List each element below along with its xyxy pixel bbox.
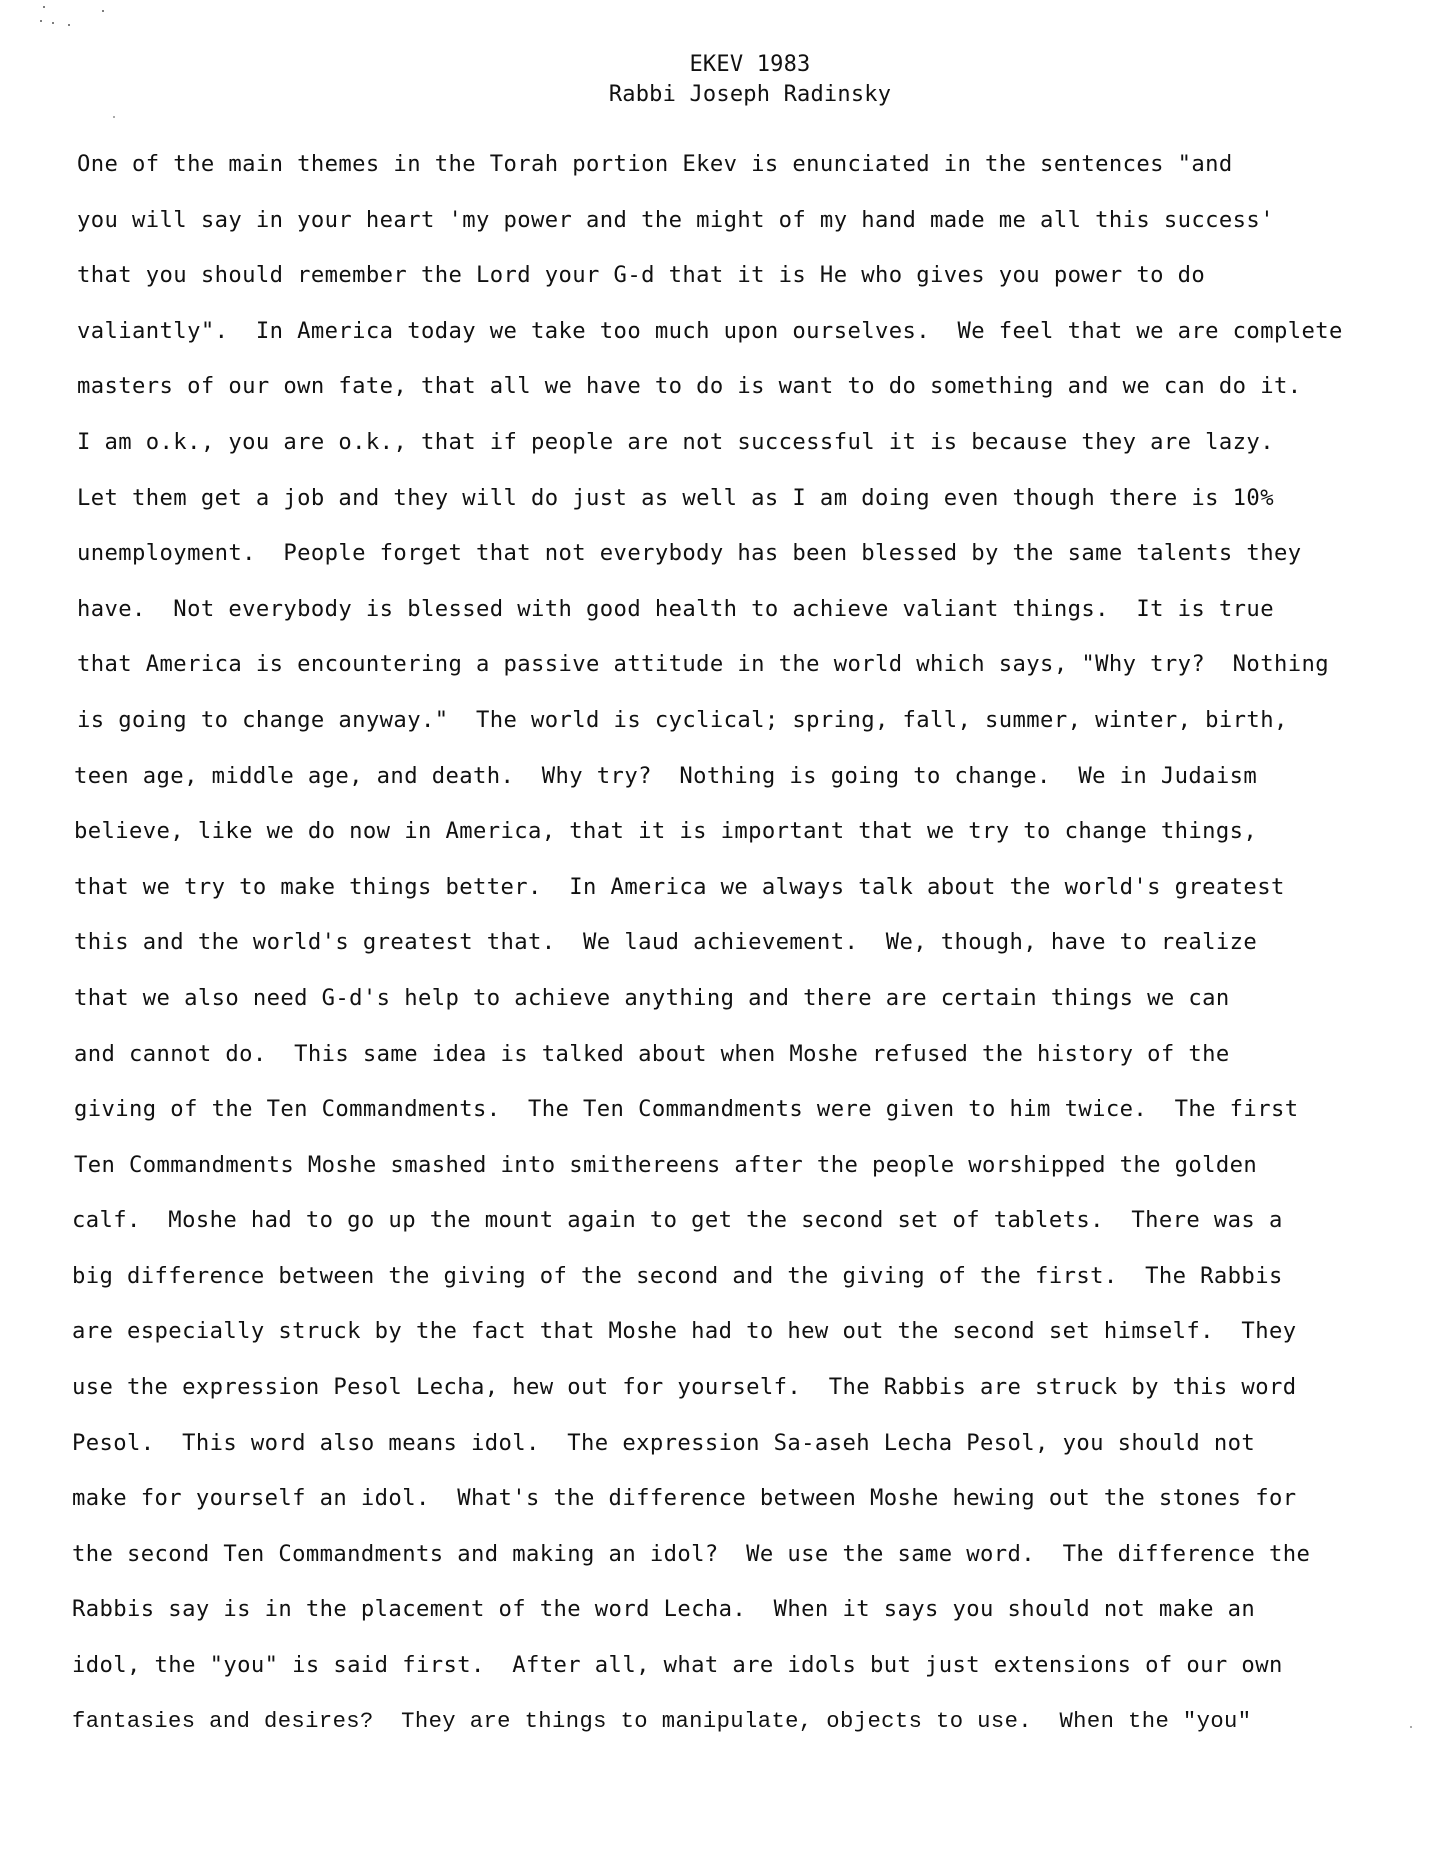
text-line: Ten Commandments Moshe smashed into smit… <box>74 1138 1397 1194</box>
text-line: is going to change anyway." The world is… <box>77 693 1397 749</box>
text-line: Pesol. This word also means idol. The ex… <box>72 1416 1397 1472</box>
scan-speck <box>113 116 115 118</box>
text-line: giving of the Ten Commandments. The Ten … <box>74 1082 1397 1138</box>
document-author: Rabbi Joseph Radinsky <box>70 80 1430 110</box>
text-line: that America is encountering a passive a… <box>77 637 1397 693</box>
text-line: I am o.k., you are o.k., that if people … <box>77 415 1397 471</box>
scan-speck <box>1410 1726 1412 1728</box>
text-line: make for yourself an idol. What's the di… <box>72 1471 1397 1527</box>
text-line: big difference between the giving of the… <box>72 1249 1397 1305</box>
text-line: that we also need G-d's help to achieve … <box>74 971 1397 1027</box>
text-line: idol, the "you" is said first. After all… <box>72 1638 1397 1694</box>
document-header: EKEV 1983 Rabbi Joseph Radinsky <box>0 50 1430 110</box>
text-line: fantasies and desires? They are things t… <box>72 1694 1397 1750</box>
document-page: EKEV 1983 Rabbi Joseph Radinsky One of t… <box>0 0 1430 1851</box>
text-line: Let them get a job and they will do just… <box>77 471 1397 527</box>
text-line: that you should remember the Lord your G… <box>77 248 1397 304</box>
text-line: are especially struck by the fact that M… <box>72 1304 1397 1360</box>
text-line: unemployment. People forget that not eve… <box>77 526 1397 582</box>
text-line: valiantly". In America today we take too… <box>77 304 1397 360</box>
document-body: One of the main themes in the Torah port… <box>77 137 1397 1749</box>
text-line: One of the main themes in the Torah port… <box>77 137 1397 193</box>
scan-artifacts <box>40 4 140 34</box>
document-title: EKEV 1983 <box>70 50 1430 80</box>
text-line: calf. Moshe had to go up the mount again… <box>72 1193 1397 1249</box>
text-line: Rabbis say is in the placement of the wo… <box>72 1582 1397 1638</box>
text-line: believe, like we do now in America, that… <box>74 804 1397 860</box>
text-line: use the expression Pesol Lecha, hew out … <box>72 1360 1397 1416</box>
text-line: this and the world's greatest that. We l… <box>74 915 1397 971</box>
text-line: teen age, middle age, and death. Why try… <box>74 749 1397 805</box>
text-line: masters of our own fate, that all we hav… <box>77 359 1397 415</box>
text-line: you will say in your heart 'my power and… <box>77 193 1397 249</box>
text-line: that we try to make things better. In Am… <box>74 860 1397 916</box>
text-line: have. Not everybody is blessed with good… <box>77 582 1397 638</box>
text-line: the second Ten Commandments and making a… <box>72 1527 1397 1583</box>
text-line: and cannot do. This same idea is talked … <box>74 1027 1397 1083</box>
